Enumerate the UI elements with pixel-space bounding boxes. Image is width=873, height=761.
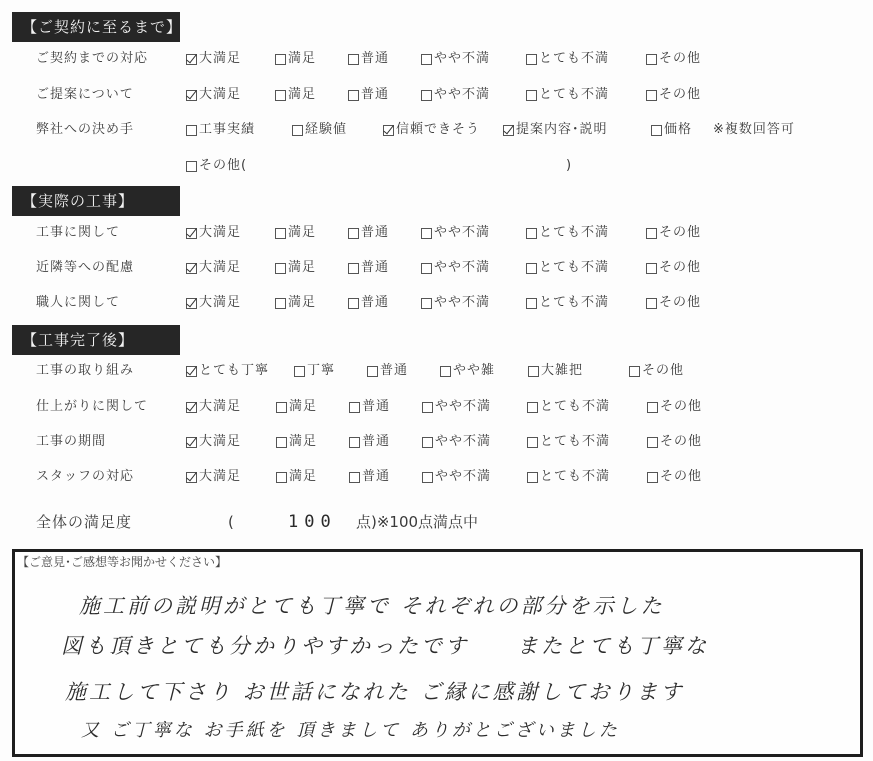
option-other[interactable]: その他 — [647, 431, 702, 453]
checkbox-icon[interactable] — [440, 366, 451, 377]
checkbox-icon[interactable] — [528, 366, 539, 377]
checkbox-icon[interactable] — [275, 228, 286, 239]
checkbox-icon[interactable] — [647, 402, 658, 413]
option-very-dissatisfied[interactable]: とても不満 — [527, 466, 610, 488]
option-very-dissatisfied[interactable]: とても不満 — [527, 396, 610, 418]
checkbox-checked-icon[interactable] — [186, 54, 197, 65]
checkbox-icon[interactable] — [186, 125, 197, 136]
question-row-contract-response: ご契約までの対応 大満足 満足 普通 やや不満 とても不満 その他 — [0, 48, 873, 70]
option-neutral[interactable]: 普通 — [367, 360, 408, 382]
checkbox-checked-icon[interactable] — [186, 228, 197, 239]
section-header-before-contract: 【ご契約に至るまで】 — [12, 12, 180, 42]
checkbox-icon[interactable] — [275, 263, 286, 274]
overall-score-field[interactable]: 100 — [288, 510, 337, 534]
checkbox-icon[interactable] — [646, 263, 657, 274]
question-label: 工事の取り組み — [36, 360, 134, 382]
option-very-dissatisfied[interactable]: とても不満 — [526, 84, 609, 106]
question-row-construction-period: 工事の期間 大満足 満足 普通 やや不満 とても不満 その他 — [0, 431, 873, 453]
comment-line: 図も頂きとても分かりやすかったです またとても丁寧な — [61, 630, 709, 660]
checkbox-checked-icon[interactable] — [503, 125, 514, 136]
overall-satisfaction-label: 全体の満足度 — [36, 510, 132, 534]
question-label: スタッフの対応 — [36, 466, 134, 488]
checkbox-icon[interactable] — [348, 298, 359, 309]
checkbox-icon[interactable] — [422, 472, 433, 483]
checkbox-icon[interactable] — [348, 228, 359, 239]
overall-satisfaction: 全体の満足度 ( 100 点)※100点満点中 — [36, 510, 856, 534]
checkbox-icon[interactable] — [646, 90, 657, 101]
comment-line: 施工して下さり お世話になれた ご縁に感謝しております — [65, 676, 684, 706]
checkbox-icon[interactable] — [348, 263, 359, 274]
question-label: 弊社への決め手 — [36, 119, 134, 141]
checkbox-icon[interactable] — [629, 366, 640, 377]
option-neutral[interactable]: 普通 — [349, 466, 390, 488]
checkbox-icon[interactable] — [527, 402, 538, 413]
checkbox-checked-icon[interactable] — [186, 437, 197, 448]
checkbox-icon[interactable] — [275, 298, 286, 309]
checkbox-icon[interactable] — [275, 54, 286, 65]
comment-line: 又 ご丁寧な お手紙を 頂きまして ありがとございました — [81, 716, 620, 742]
question-row-neighbor-consideration: 近隣等への配慮 大満足 満足 普通 やや不満 とても不満 その他 — [0, 257, 873, 279]
checkbox-checked-icon[interactable] — [186, 472, 197, 483]
option-neutral[interactable]: 普通 — [349, 431, 390, 453]
option-other[interactable]: その他 — [646, 48, 701, 70]
checkbox-icon[interactable] — [526, 298, 537, 309]
option-somewhat-dissatisfied[interactable]: やや不満 — [421, 292, 490, 314]
question-label: 工事の期間 — [36, 431, 106, 453]
checkbox-checked-icon[interactable] — [383, 125, 394, 136]
question-row-work-approach: 工事の取り組み とても丁寧 丁寧 普通 やや雑 大雑把 その他 — [0, 360, 873, 382]
checkbox-checked-icon[interactable] — [186, 298, 197, 309]
section-header-actual-construction: 【実際の工事】 — [12, 186, 180, 216]
option-very-satisfied[interactable]: 大満足 — [186, 222, 241, 244]
checkbox-icon[interactable] — [526, 263, 537, 274]
question-row-deciding-factor-other: その他( ) — [0, 155, 873, 177]
checkbox-icon[interactable] — [276, 472, 287, 483]
option-very-satisfied[interactable]: 大満足 — [186, 431, 241, 453]
question-label: 職人に関して — [36, 292, 120, 314]
option-other[interactable]: その他 — [646, 222, 701, 244]
checkbox-checked-icon[interactable] — [186, 402, 197, 413]
checkbox-icon[interactable] — [646, 228, 657, 239]
option-somewhat-dissatisfied[interactable]: やや不満 — [421, 222, 490, 244]
checkbox-icon[interactable] — [367, 366, 378, 377]
option-somewhat-sloppy[interactable]: やや雑 — [440, 360, 495, 382]
checkbox-icon[interactable] — [421, 263, 432, 274]
option-very-satisfied[interactable]: 大満足 — [186, 396, 241, 418]
option-satisfied[interactable]: 満足 — [275, 222, 316, 244]
option-satisfied[interactable]: 満足 — [276, 396, 317, 418]
checkbox-icon[interactable] — [647, 472, 658, 483]
checkbox-icon[interactable] — [348, 90, 359, 101]
checkbox-icon[interactable] — [348, 54, 359, 65]
option-satisfied[interactable]: 満足 — [276, 431, 317, 453]
section-header-after-completion: 【工事完了後】 — [12, 325, 180, 355]
checkbox-icon[interactable] — [349, 472, 360, 483]
option-very-dissatisfied[interactable]: とても不満 — [526, 292, 609, 314]
option-other[interactable]: その他 — [646, 292, 701, 314]
question-row-deciding-factor: 弊社への決め手 工事実績 経験値 信頼できそう 提案内容･説明 価格 ※複数回答… — [0, 119, 873, 141]
option-satisfied[interactable]: 満足 — [276, 466, 317, 488]
option-other[interactable]: その他 — [647, 466, 702, 488]
question-label: ご提案について — [36, 84, 134, 106]
option-neutral[interactable]: 普通 — [348, 84, 389, 106]
option-other[interactable]: その他 — [647, 396, 702, 418]
option-somewhat-dissatisfied[interactable]: やや不満 — [421, 84, 490, 106]
option-neutral[interactable]: 普通 — [348, 48, 389, 70]
checkbox-icon[interactable] — [526, 54, 537, 65]
option-satisfied[interactable]: 満足 — [275, 257, 316, 279]
checkbox-icon[interactable] — [186, 161, 197, 172]
checkbox-checked-icon[interactable] — [186, 90, 197, 101]
question-label: 近隣等への配慮 — [36, 257, 134, 279]
checkbox-icon[interactable] — [646, 298, 657, 309]
question-row-construction: 工事に関して 大満足 満足 普通 やや不満 とても不満 その他 — [0, 222, 873, 244]
checkbox-icon[interactable] — [651, 125, 662, 136]
checkbox-icon[interactable] — [526, 90, 537, 101]
checkbox-icon[interactable] — [646, 54, 657, 65]
other-close-paren: ) — [566, 155, 571, 177]
option-satisfied[interactable]: 満足 — [275, 84, 316, 106]
question-row-proposal: ご提案について 大満足 満足 普通 やや不満 とても不満 その他 — [0, 84, 873, 106]
checkbox-icon[interactable] — [527, 472, 538, 483]
option-very-careful[interactable]: とても丁寧 — [186, 360, 269, 382]
option-very-sloppy[interactable]: 大雑把 — [528, 360, 583, 382]
question-label: ご契約までの対応 — [36, 48, 148, 70]
option-very-dissatisfied[interactable]: とても不満 — [526, 48, 609, 70]
checkbox-icon[interactable] — [421, 54, 432, 65]
checkbox-icon[interactable] — [421, 90, 432, 101]
option-neutral[interactable]: 普通 — [349, 396, 390, 418]
multiple-answers-note: ※複数回答可 — [713, 119, 795, 141]
option-very-satisfied[interactable]: 大満足 — [186, 292, 241, 314]
option-other[interactable]: その他 — [646, 84, 701, 106]
checkbox-icon[interactable] — [276, 437, 287, 448]
option-somewhat-dissatisfied[interactable]: やや不満 — [421, 48, 490, 70]
option-very-satisfied[interactable]: 大満足 — [186, 48, 241, 70]
checkbox-icon[interactable] — [647, 437, 658, 448]
option-somewhat-dissatisfied[interactable]: やや不満 — [422, 396, 491, 418]
checkbox-icon[interactable] — [421, 298, 432, 309]
question-row-finish-quality: 仕上がりに関して 大満足 満足 普通 やや不満 とても不満 その他 — [0, 396, 873, 418]
option-trustworthy[interactable]: 信頼できそう — [383, 119, 480, 141]
option-other-with-text[interactable]: その他( — [186, 155, 247, 177]
option-neutral[interactable]: 普通 — [348, 292, 389, 314]
checkbox-icon[interactable] — [527, 437, 538, 448]
option-somewhat-dissatisfied[interactable]: やや不満 — [422, 431, 491, 453]
option-track-record[interactable]: 工事実績 — [186, 119, 255, 141]
option-very-satisfied[interactable]: 大満足 — [186, 257, 241, 279]
score-paren-open: ( — [228, 510, 234, 534]
score-suffix: 点)※100点満点中 — [356, 510, 478, 534]
option-somewhat-dissatisfied[interactable]: やや不満 — [422, 466, 491, 488]
checkbox-icon[interactable] — [526, 228, 537, 239]
comments-box[interactable]: 【ご意見･ご感想等お聞かせください】 施工前の説明がとても丁寧で それぞれの部分… — [12, 549, 863, 757]
checkbox-checked-icon[interactable] — [186, 263, 197, 274]
option-neutral[interactable]: 普通 — [348, 222, 389, 244]
option-other[interactable]: その他 — [646, 257, 701, 279]
option-other[interactable]: その他 — [629, 360, 684, 382]
checkbox-checked-icon[interactable] — [186, 366, 197, 377]
option-very-satisfied[interactable]: 大満足 — [186, 84, 241, 106]
option-very-dissatisfied[interactable]: とても不満 — [526, 222, 609, 244]
option-careful[interactable]: 丁寧 — [294, 360, 335, 382]
checkbox-icon[interactable] — [349, 402, 360, 413]
option-very-dissatisfied[interactable]: とても不満 — [526, 257, 609, 279]
question-row-craftsmen: 職人に関して 大満足 満足 普通 やや不満 とても不満 その他 — [0, 292, 873, 314]
option-satisfied[interactable]: 満足 — [275, 48, 316, 70]
checkbox-icon[interactable] — [349, 437, 360, 448]
question-row-staff-response: スタッフの対応 大満足 満足 普通 やや不満 とても不満 その他 — [0, 466, 873, 488]
option-proposal-content[interactable]: 提案内容･説明 — [503, 119, 608, 141]
option-very-dissatisfied[interactable]: とても不満 — [527, 431, 610, 453]
checkbox-icon[interactable] — [422, 437, 433, 448]
checkbox-icon[interactable] — [421, 228, 432, 239]
checkbox-icon[interactable] — [275, 90, 286, 101]
option-price[interactable]: 価格 — [651, 119, 692, 141]
checkbox-icon[interactable] — [294, 366, 305, 377]
option-satisfied[interactable]: 満足 — [275, 292, 316, 314]
checkbox-icon[interactable] — [422, 402, 433, 413]
checkbox-icon[interactable] — [276, 402, 287, 413]
question-label: 仕上がりに関して — [36, 396, 148, 418]
comment-line: 施工前の説明がとても丁寧で それぞれの部分を示した — [79, 590, 665, 620]
option-experience[interactable]: 経験値 — [292, 119, 347, 141]
checkbox-icon[interactable] — [292, 125, 303, 136]
option-neutral[interactable]: 普通 — [348, 257, 389, 279]
option-somewhat-dissatisfied[interactable]: やや不満 — [421, 257, 490, 279]
comments-title: 【ご意見･ご感想等お聞かせください】 — [17, 553, 227, 570]
option-very-satisfied[interactable]: 大満足 — [186, 466, 241, 488]
question-label: 工事に関して — [36, 222, 120, 244]
